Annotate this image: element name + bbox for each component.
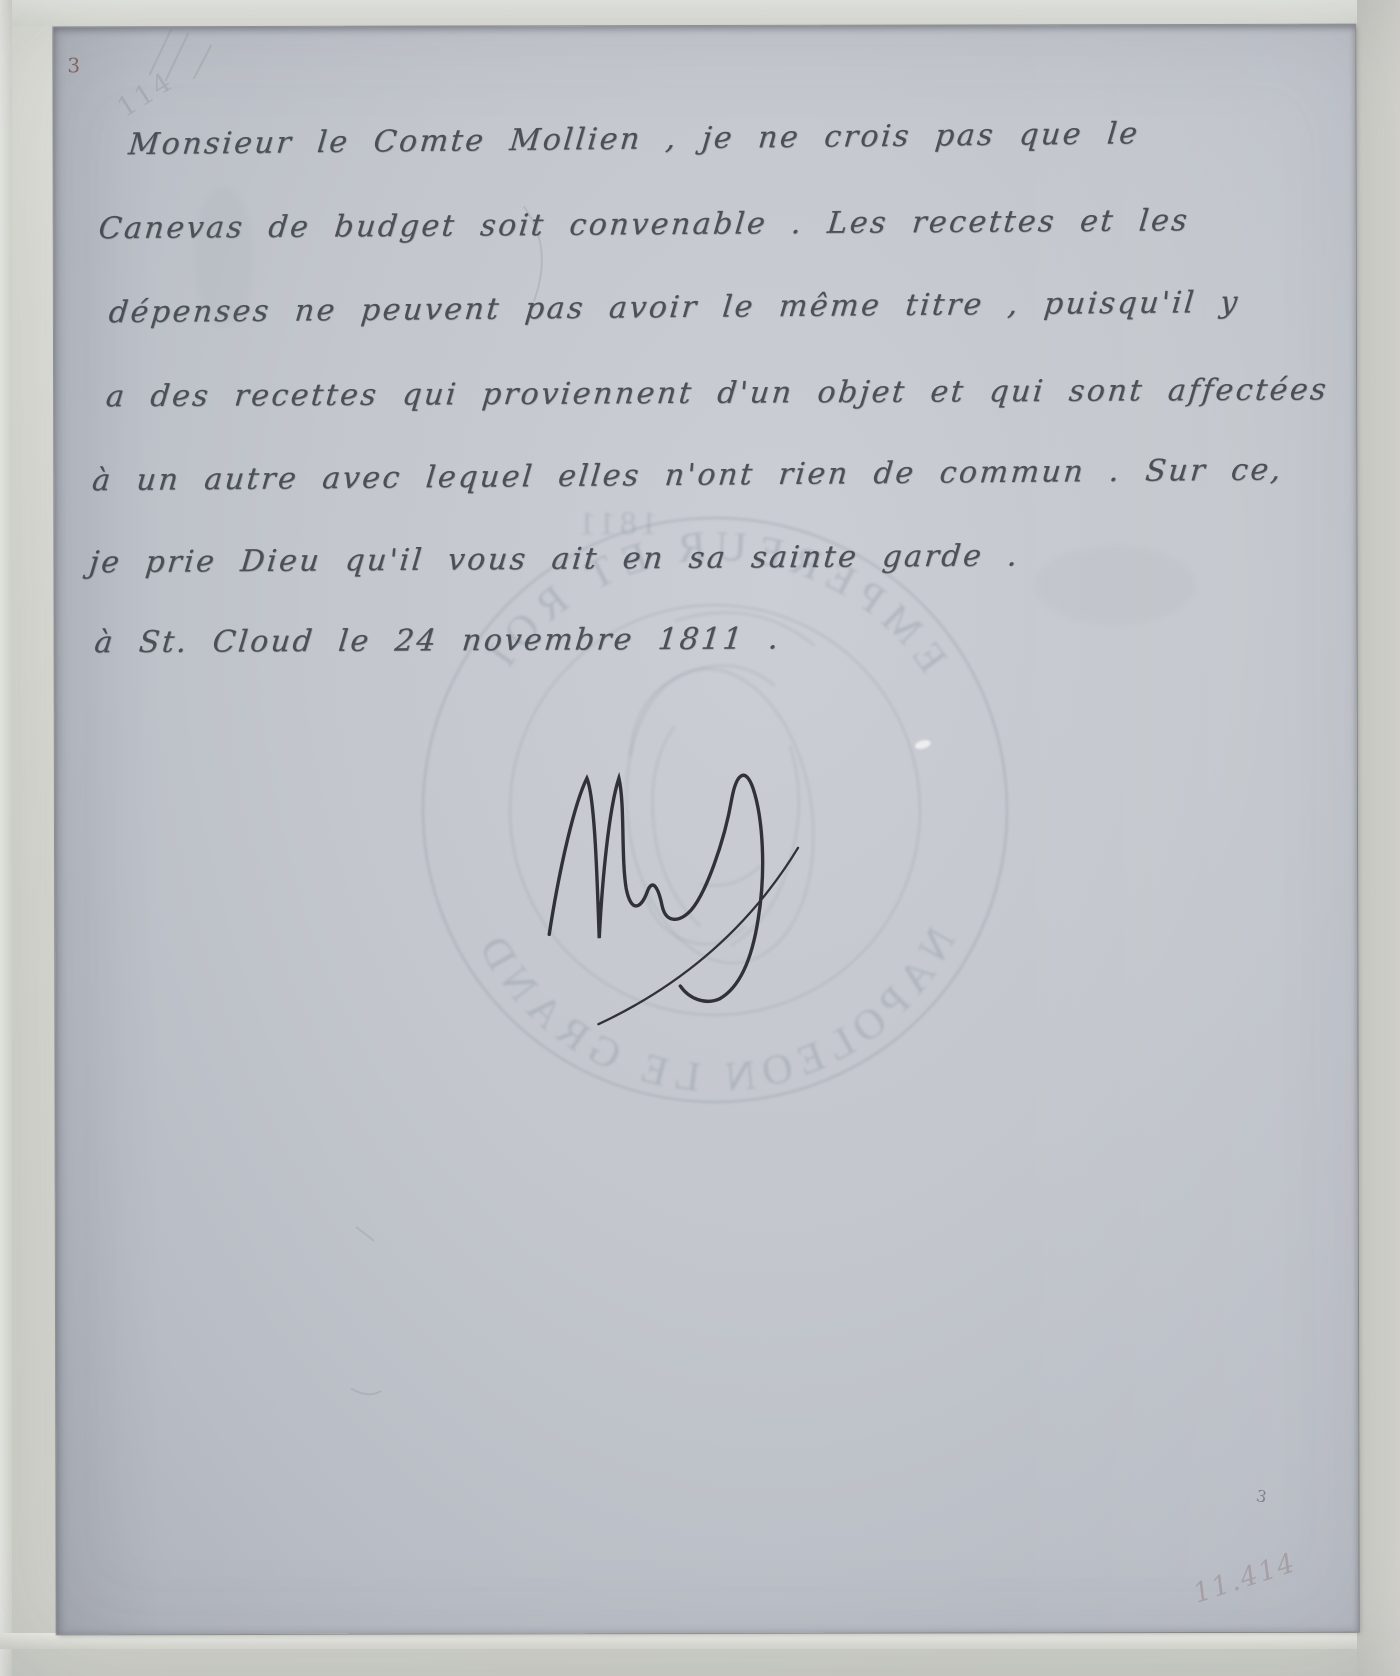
mat-border-right: [1357, 0, 1400, 1676]
paper-smudge: [1034, 545, 1194, 625]
handwriting-line: a des recettes qui proviennent d'un obje…: [104, 372, 1330, 414]
handwriting-line-dateline: à St. Cloud le 24 novembre 1811 .: [93, 621, 782, 660]
signature-flourish-stroke: [598, 848, 798, 1024]
signature-main-stroke: [549, 775, 763, 1001]
paper-smudge: [194, 187, 254, 327]
letter-paper: EMPEREUR ET ROI NAPOLEON LE GRAND 1811 M…: [53, 25, 1358, 1635]
photo-of-framed-letter: { "letter": { "lines": [ "Monsieur le Co…: [0, 0, 1400, 1676]
seal-head-sketch: [608, 612, 832, 975]
archival-number-red: 3: [67, 53, 80, 77]
napoleon-signature: [549, 775, 799, 1024]
seal-year: 1811: [575, 505, 658, 542]
mat-border-bottom: [0, 1633, 1400, 1649]
handwriting-line: je prie Dieu qu'il vous ait en sa sainte…: [88, 538, 1021, 580]
mat-border-top: [0, 0, 1400, 26]
embossed-seal-watermark: EMPEREUR ET ROI NAPOLEON LE GRAND 1811: [422, 504, 1007, 1102]
mat-border-left: [0, 0, 12, 1676]
